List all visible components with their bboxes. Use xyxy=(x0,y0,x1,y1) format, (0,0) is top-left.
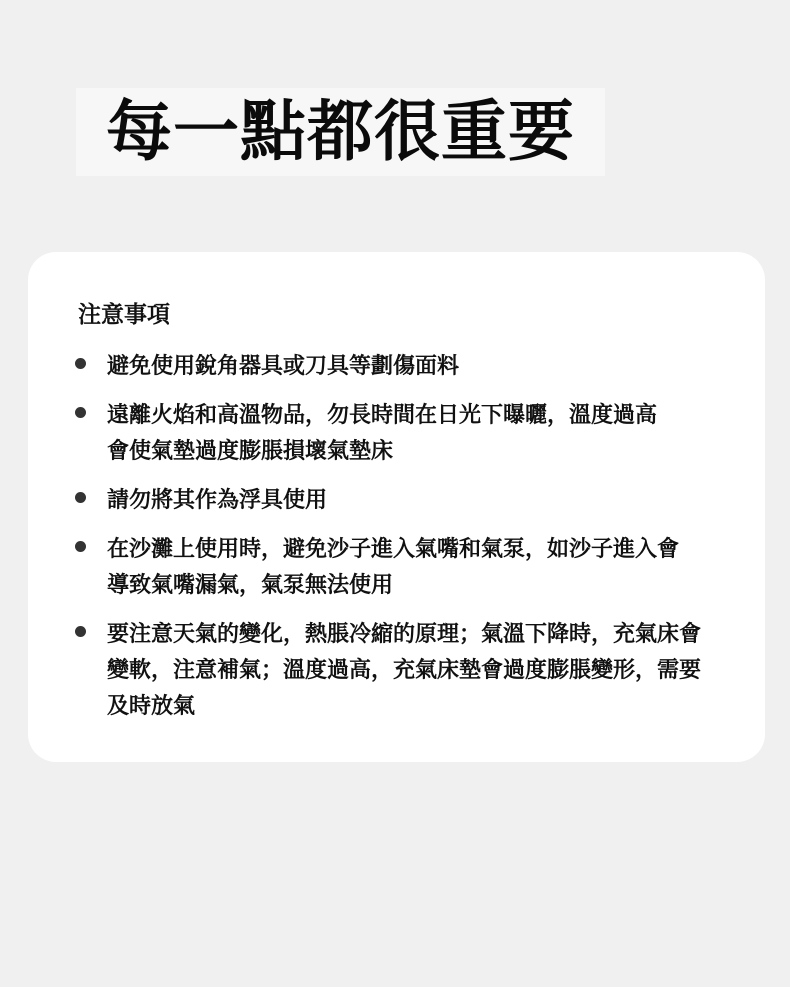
notice-text: 在沙灘上使用時，避免沙子進入氣嘴和氣泵，如沙子進入會 導致氣嘴漏氣，氣泵無法使用 xyxy=(107,531,679,603)
notice-list: 避免使用銳角器具或刀具等劃傷面料 遠離火焰和高溫物品，勿長時間在日光下曝曬，溫度… xyxy=(75,348,710,724)
page-title: 每一點都很重要 xyxy=(76,88,605,176)
bullet-icon xyxy=(75,358,86,369)
list-item: 遠離火焰和高溫物品，勿長時間在日光下曝曬，溫度過高 會使氣墊過度膨脹損壞氣墊床 xyxy=(75,397,710,469)
notice-text: 避免使用銳角器具或刀具等劃傷面料 xyxy=(107,348,459,384)
list-item: 要注意天氣的變化，熱脹冷縮的原理；氣溫下降時，充氣床會 變軟，注意補氣；溫度過高… xyxy=(75,616,710,724)
notice-text: 請勿將其作為浮具使用 xyxy=(107,482,327,518)
page: { "page": { "heading": "每一點都很重要" }, "car… xyxy=(0,0,790,987)
list-item: 請勿將其作為浮具使用 xyxy=(75,482,710,518)
notice-card: 注意事項 避免使用銳角器具或刀具等劃傷面料 遠離火焰和高溫物品，勿長時間在日光下… xyxy=(28,252,765,762)
list-item: 避免使用銳角器具或刀具等劃傷面料 xyxy=(75,348,710,384)
bullet-icon xyxy=(75,407,86,418)
list-item: 在沙灘上使用時，避免沙子進入氣嘴和氣泵，如沙子進入會 導致氣嘴漏氣，氣泵無法使用 xyxy=(75,531,710,603)
hero-section: 每一點都很重要 xyxy=(0,0,790,176)
bullet-icon xyxy=(75,541,86,552)
bullet-icon xyxy=(75,626,86,637)
notice-card-title: 注意事項 xyxy=(78,300,710,328)
bullet-icon xyxy=(75,492,86,503)
notice-text: 要注意天氣的變化，熱脹冷縮的原理；氣溫下降時，充氣床會 變軟，注意補氣；溫度過高… xyxy=(107,616,701,724)
notice-text: 遠離火焰和高溫物品，勿長時間在日光下曝曬，溫度過高 會使氣墊過度膨脹損壞氣墊床 xyxy=(107,397,657,469)
